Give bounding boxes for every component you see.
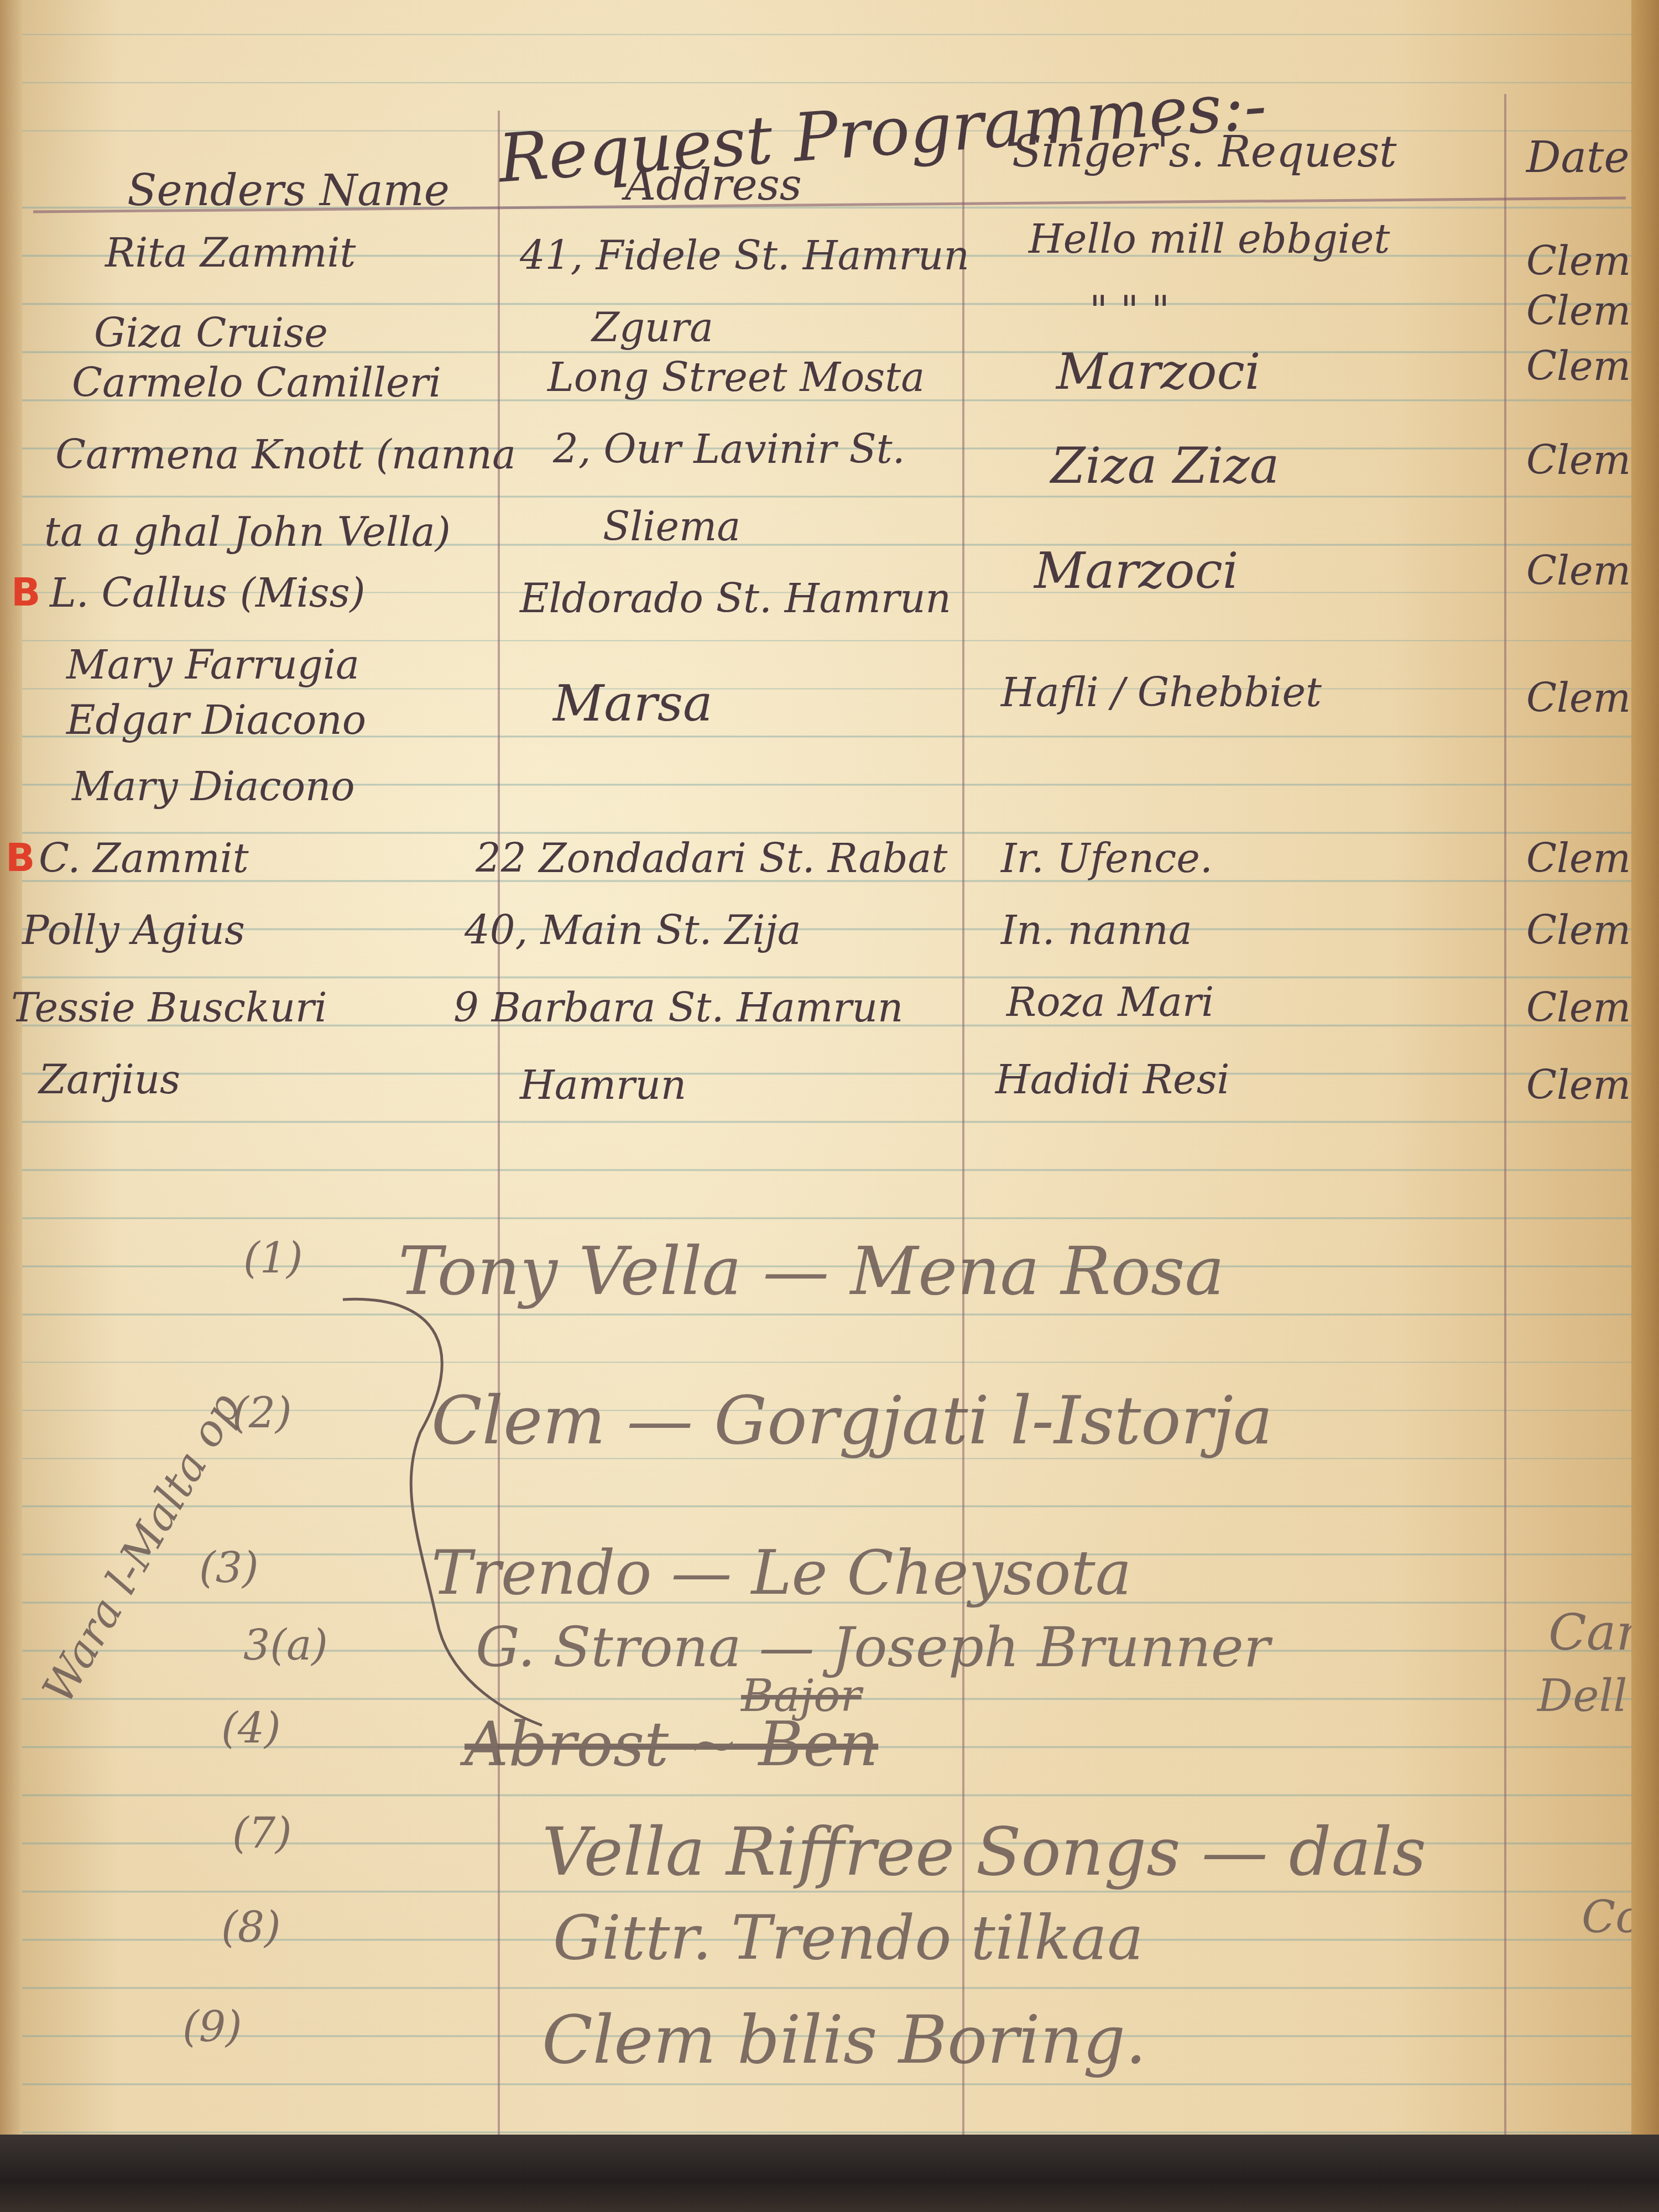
page-left-edge xyxy=(0,0,22,2146)
sender-name: Mary Farrugia xyxy=(66,641,359,688)
ledger-page: Request Programmes:- Senders Name Addres… xyxy=(22,0,1637,2146)
item-text: G. Strona — Joseph Brunner xyxy=(476,1615,1270,1679)
item-number: (4) xyxy=(221,1703,281,1752)
address: 9 Barbara St. Hamrun xyxy=(453,984,903,1031)
margin-note: Dell xyxy=(1537,1670,1627,1721)
sender-name: Polly Agius xyxy=(22,907,245,953)
column-divider-date xyxy=(1504,94,1506,2140)
address: 40, Main St. Zija xyxy=(465,907,801,953)
sender-name: Carmena Knott (nanna xyxy=(55,431,516,478)
header-request: Singer's. Request xyxy=(1012,127,1397,177)
date: Clem xyxy=(1526,1062,1631,1108)
book-binding-edge xyxy=(0,2135,1659,2212)
sender-name: Carmelo Camilleri xyxy=(72,359,441,406)
bracket-curve xyxy=(332,1288,553,1786)
date: Clem xyxy=(1526,437,1631,483)
date: Clem xyxy=(1526,547,1631,594)
page-right-edge xyxy=(1631,0,1659,2146)
crossed-word: Bajor xyxy=(741,1670,862,1721)
date: Clem xyxy=(1526,835,1631,881)
header-date: Date xyxy=(1526,133,1630,182)
request: Ziza Ziza xyxy=(1051,437,1279,495)
address: 41, Fidele St. Hamrun xyxy=(520,232,969,279)
sender-name: Tessie Busckuri xyxy=(11,984,327,1031)
red-b-mark: B xyxy=(6,835,35,880)
date: Clem xyxy=(1526,984,1631,1031)
request: In. nanna xyxy=(1001,907,1192,953)
item-number: (8) xyxy=(221,1902,281,1952)
address: Eldorado St. Hamrun xyxy=(520,575,951,622)
item-number: (3) xyxy=(199,1543,259,1592)
item-number: (9) xyxy=(182,2002,242,2051)
item-number: 3(a) xyxy=(243,1620,328,1670)
item-number: (7) xyxy=(232,1808,292,1858)
request: Ir. Ufence. xyxy=(1001,835,1213,881)
date: Clem xyxy=(1526,907,1631,953)
item-text: Vella Riffree Songs — dals xyxy=(542,1814,1426,1891)
sender-name: Mary Diacono xyxy=(72,763,355,810)
item-number: (1) xyxy=(243,1233,303,1282)
sender-name: C. Zammit xyxy=(39,835,249,881)
request: Hadidi Resi xyxy=(995,1056,1230,1103)
date: Clem xyxy=(1526,288,1631,334)
request: Marzoci xyxy=(1056,343,1261,401)
sender-name: L. Callus (Miss) xyxy=(50,570,366,616)
column-divider-address xyxy=(498,111,500,2157)
header-address: Address xyxy=(625,160,802,210)
sender-name: Edgar Diacono xyxy=(66,697,366,743)
address: 2, Our Lavinir St. xyxy=(553,426,905,472)
address: Zgura xyxy=(592,304,713,351)
request: " " " xyxy=(1089,288,1170,334)
request: Roza Mari xyxy=(1006,979,1214,1025)
header-sender: Senders Name xyxy=(127,166,450,216)
address: Hamrun xyxy=(520,1062,686,1108)
request: Hafli / Ghebbiet xyxy=(1001,669,1322,716)
address: Long Street Mosta xyxy=(547,354,925,400)
date: Clem xyxy=(1526,343,1631,389)
request: Marzoci xyxy=(1034,542,1239,600)
red-b-mark: B xyxy=(11,570,40,615)
request: Hello mill ebbgiet xyxy=(1029,216,1390,262)
date: Clem xyxy=(1526,238,1631,284)
date: Clem xyxy=(1526,675,1631,721)
sender-name: ta a ghal John Vella) xyxy=(44,509,451,555)
sender-name: Rita Zammit xyxy=(105,229,356,276)
item-text: Clem — Gorgjati l-Istorja xyxy=(431,1383,1273,1459)
address: Sliema xyxy=(603,503,740,550)
address: Marsa xyxy=(553,675,713,733)
address: 22 Zondadari St. Rabat xyxy=(476,835,947,881)
item-number: (2) xyxy=(232,1388,292,1437)
sender-name: Zarjius xyxy=(39,1056,180,1103)
item-text: Clem bilis Boring. xyxy=(542,2002,1146,2079)
item-text: Gittr. Trendo tilkaa xyxy=(553,1902,1144,1973)
sender-name: Giza Cruise xyxy=(94,310,328,356)
